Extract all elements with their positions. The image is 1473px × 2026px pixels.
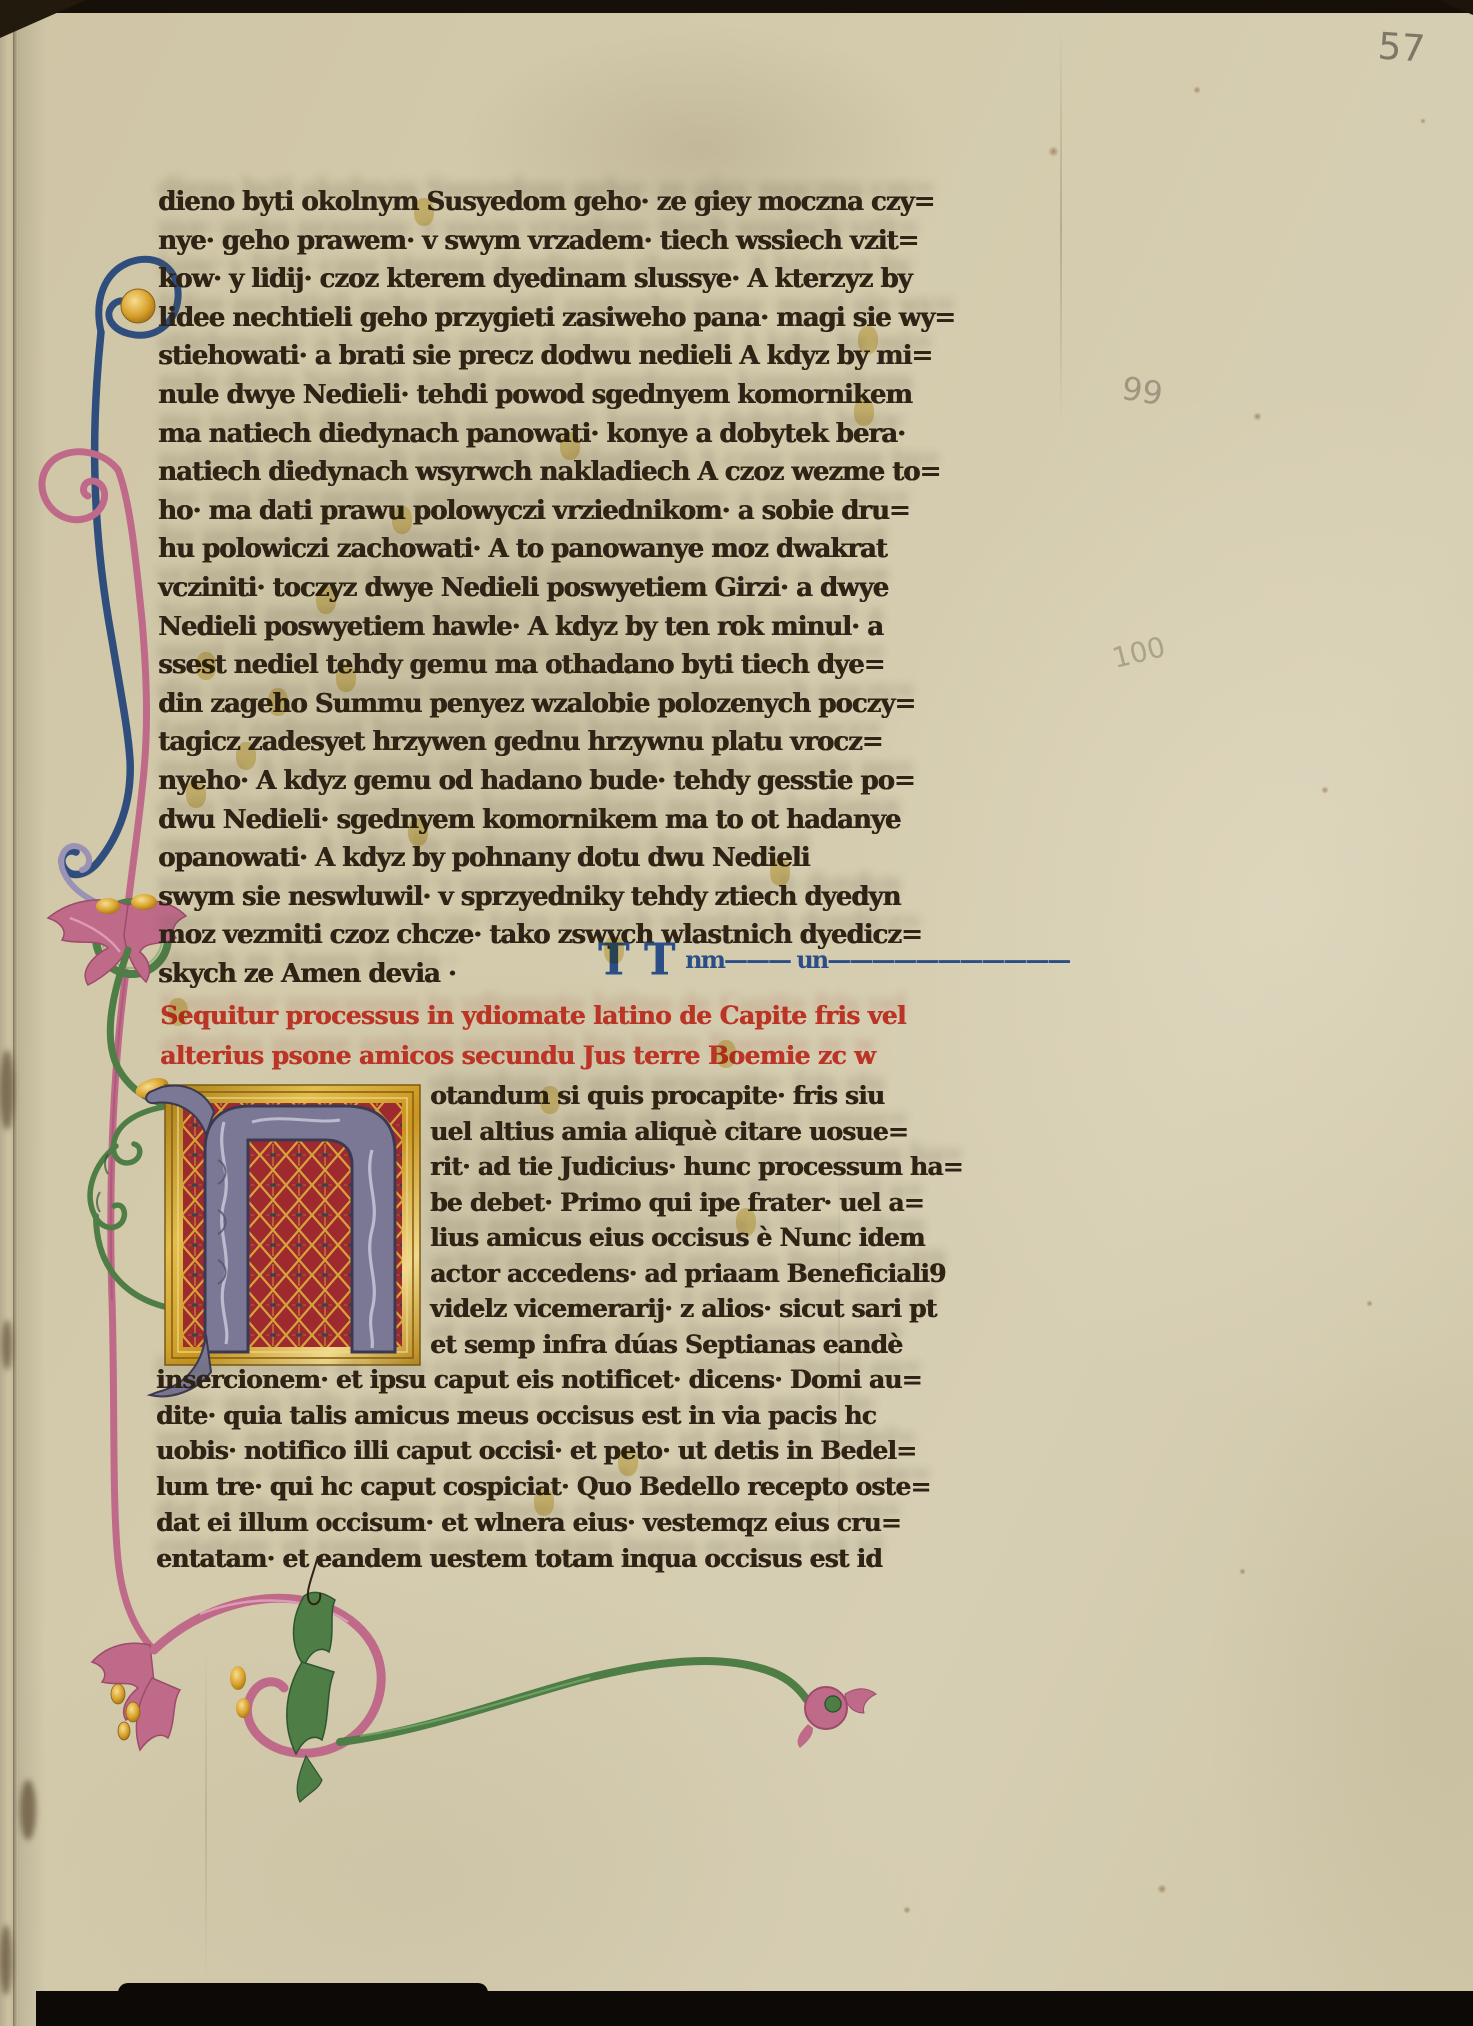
fox-spot	[1366, 1300, 1373, 1307]
yellow-wash	[408, 818, 428, 846]
yellow-wash	[540, 1086, 560, 1114]
text-line: uel altius amia aliquè citare uosue=	[430, 1114, 955, 1150]
manuscript-photo: 57 99 100 dieno byti okolnym Susyedom ge…	[0, 0, 1473, 2026]
text-line: nule dwye Nedieli· tehdi powod sgednyem …	[158, 376, 882, 415]
text-line: insercionem· et ipsu caput eis notificet…	[156, 1362, 956, 1398]
text-line: dite· quia talis amicus meus occisus est…	[156, 1398, 956, 1434]
text-line: dwu Nedieli· sgednyem komornikem ma to o…	[158, 801, 882, 840]
green-acanthus	[297, 1756, 322, 1802]
manuscript-page: 57 99 100 dieno byti okolnym Susyedom ge…	[0, 0, 1473, 2026]
fox-spot	[1239, 1568, 1246, 1575]
border-pink-stem-lower	[111, 972, 152, 1648]
yellow-wash	[560, 432, 580, 460]
photo-top-edge	[0, 0, 1473, 13]
text-line: tagicz zadesyet hrzywen gednu hrzywnu pl…	[158, 723, 882, 762]
text-line: nye· geho prawem· v swym vrzadem· tiech …	[158, 222, 882, 261]
yellow-wash	[236, 742, 256, 770]
fox-spot	[1157, 1884, 1167, 1894]
yellow-wash	[770, 858, 790, 886]
text-line: entatam· et eandem uestem totam inqua oc…	[156, 1541, 956, 1577]
illuminated-initial-N	[146, 1085, 420, 1396]
text-line: vcziniti· toczyz dwye Nedieli poswyetiem…	[158, 569, 882, 608]
gold-accent	[96, 898, 120, 914]
text-line: stiehowati· a brati sie precz dodwu nedi…	[158, 337, 882, 376]
fox-spot	[1193, 86, 1201, 94]
rubric-line: alterius psone amicos secundu Jus terre …	[160, 1036, 960, 1076]
text-line: natiech diedynach wsyrwch nakladiech A c…	[158, 453, 882, 492]
bottom-flourish	[92, 1593, 876, 1802]
yellow-wash	[716, 1040, 736, 1068]
text-line: ho· ma dati prawu polowyczi vrziednikom·…	[158, 492, 882, 531]
fox-spot	[1048, 146, 1059, 157]
gold-accent	[236, 1698, 250, 1718]
text-line: actor accedens· ad priaam Beneficiali9	[430, 1256, 955, 1292]
fox-spot	[1321, 786, 1329, 794]
gold-drop	[126, 1702, 140, 1722]
yellow-wash	[736, 1208, 756, 1236]
text-line: nyeho· A kdyz gemu od hadano bude· tehdy…	[158, 762, 882, 801]
fox-spot	[903, 1906, 911, 1914]
text-line: ssest nediel tehdy gemu ma othadano byti…	[158, 646, 882, 685]
parchment-crease	[205, 1640, 207, 1990]
text-line: videlz vicemerarij· z alios· sicut sari …	[430, 1291, 955, 1327]
yellow-wash	[268, 688, 288, 716]
yellow-wash	[858, 326, 878, 354]
text-line: kow· y lidij· czoz kterem dyedinam sluss…	[158, 260, 882, 299]
fox-spot	[1420, 118, 1426, 124]
text-line: otandum si quis procapite· fris siu	[430, 1078, 955, 1114]
photo-bottom-edge	[36, 1991, 1473, 2026]
yellow-wash	[414, 198, 434, 226]
gutter-stain	[2, 1320, 12, 1370]
yellow-wash	[618, 1448, 638, 1476]
gold-accent	[131, 894, 157, 910]
text-line: uobis· notifico illi caput occisi· et pe…	[156, 1433, 956, 1469]
yellow-wash	[534, 1488, 554, 1516]
text-line: din zageho Summu penyez wzalobie polozen…	[158, 685, 882, 724]
gold-drop	[111, 1684, 125, 1704]
green-runner	[340, 1661, 807, 1742]
yellow-wash	[196, 652, 216, 680]
yellow-wash	[316, 586, 336, 614]
rubric-block: Sequitur processus in ydiomate latino de…	[160, 996, 960, 1075]
text-line: dat ei illum occisum· et wlnera eius· ve…	[156, 1505, 956, 1541]
folio-number: 57	[1377, 24, 1427, 70]
gutter-stain	[0, 1050, 14, 1130]
gold-accent	[230, 1666, 246, 1690]
text-line: lius amicus eius occisus è Nunc idem	[430, 1220, 955, 1256]
gold-ball	[121, 289, 155, 323]
latin-text-indented: otandum si quis procapite· fris siuuel a…	[430, 1078, 955, 1362]
yellow-wash	[168, 998, 188, 1026]
margin-note-99: 99	[1119, 369, 1165, 413]
text-line: lidee nechtieli geho przygieti zasiweho …	[158, 299, 882, 338]
text-line: ma natiech diedynach panowati· konye a d…	[158, 415, 882, 454]
text-line: dieno byti okolnym Susyedom geho· ze gie…	[158, 183, 882, 222]
filler-dashes: nm——— un———————————	[685, 945, 1069, 974]
fox-spot	[1253, 412, 1262, 421]
green-acanthus	[287, 1662, 334, 1754]
gutter-stain	[0, 1925, 12, 1995]
yellow-wash	[186, 780, 206, 808]
yellow-wash	[854, 398, 874, 426]
gutter-shadow	[18, 0, 46, 2026]
yellow-wash	[336, 664, 356, 692]
text-line: hu polowiczi zachowati· A to panowanye m…	[158, 530, 882, 569]
yellow-wash	[604, 936, 624, 964]
text-line: rit· ad tie Judicius· hunc processum ha=	[430, 1149, 955, 1185]
text-line: et semp infra dúas Septianas eandè	[430, 1327, 955, 1363]
latin-text-full: insercionem· et ipsu caput eis notificet…	[156, 1362, 956, 1576]
line-filler: T T nm——— un———————————	[598, 934, 1078, 984]
rubric-line: Sequitur processus in ydiomate latino de…	[160, 996, 960, 1036]
gold-drop	[118, 1722, 130, 1740]
parchment-crease	[1060, 28, 1062, 428]
text-line: be debet· Primo qui ipe frater· uel a=	[430, 1185, 955, 1221]
yellow-wash	[392, 506, 412, 534]
gutter-stain	[20, 1780, 36, 1840]
gutter-page-edge	[0, 0, 14, 2026]
text-line: Nedieli poswyetiem hawle· A kdyz by ten …	[158, 608, 882, 647]
text-line: lum tre· qui hc caput cospiciat· Quo Bed…	[156, 1469, 956, 1505]
